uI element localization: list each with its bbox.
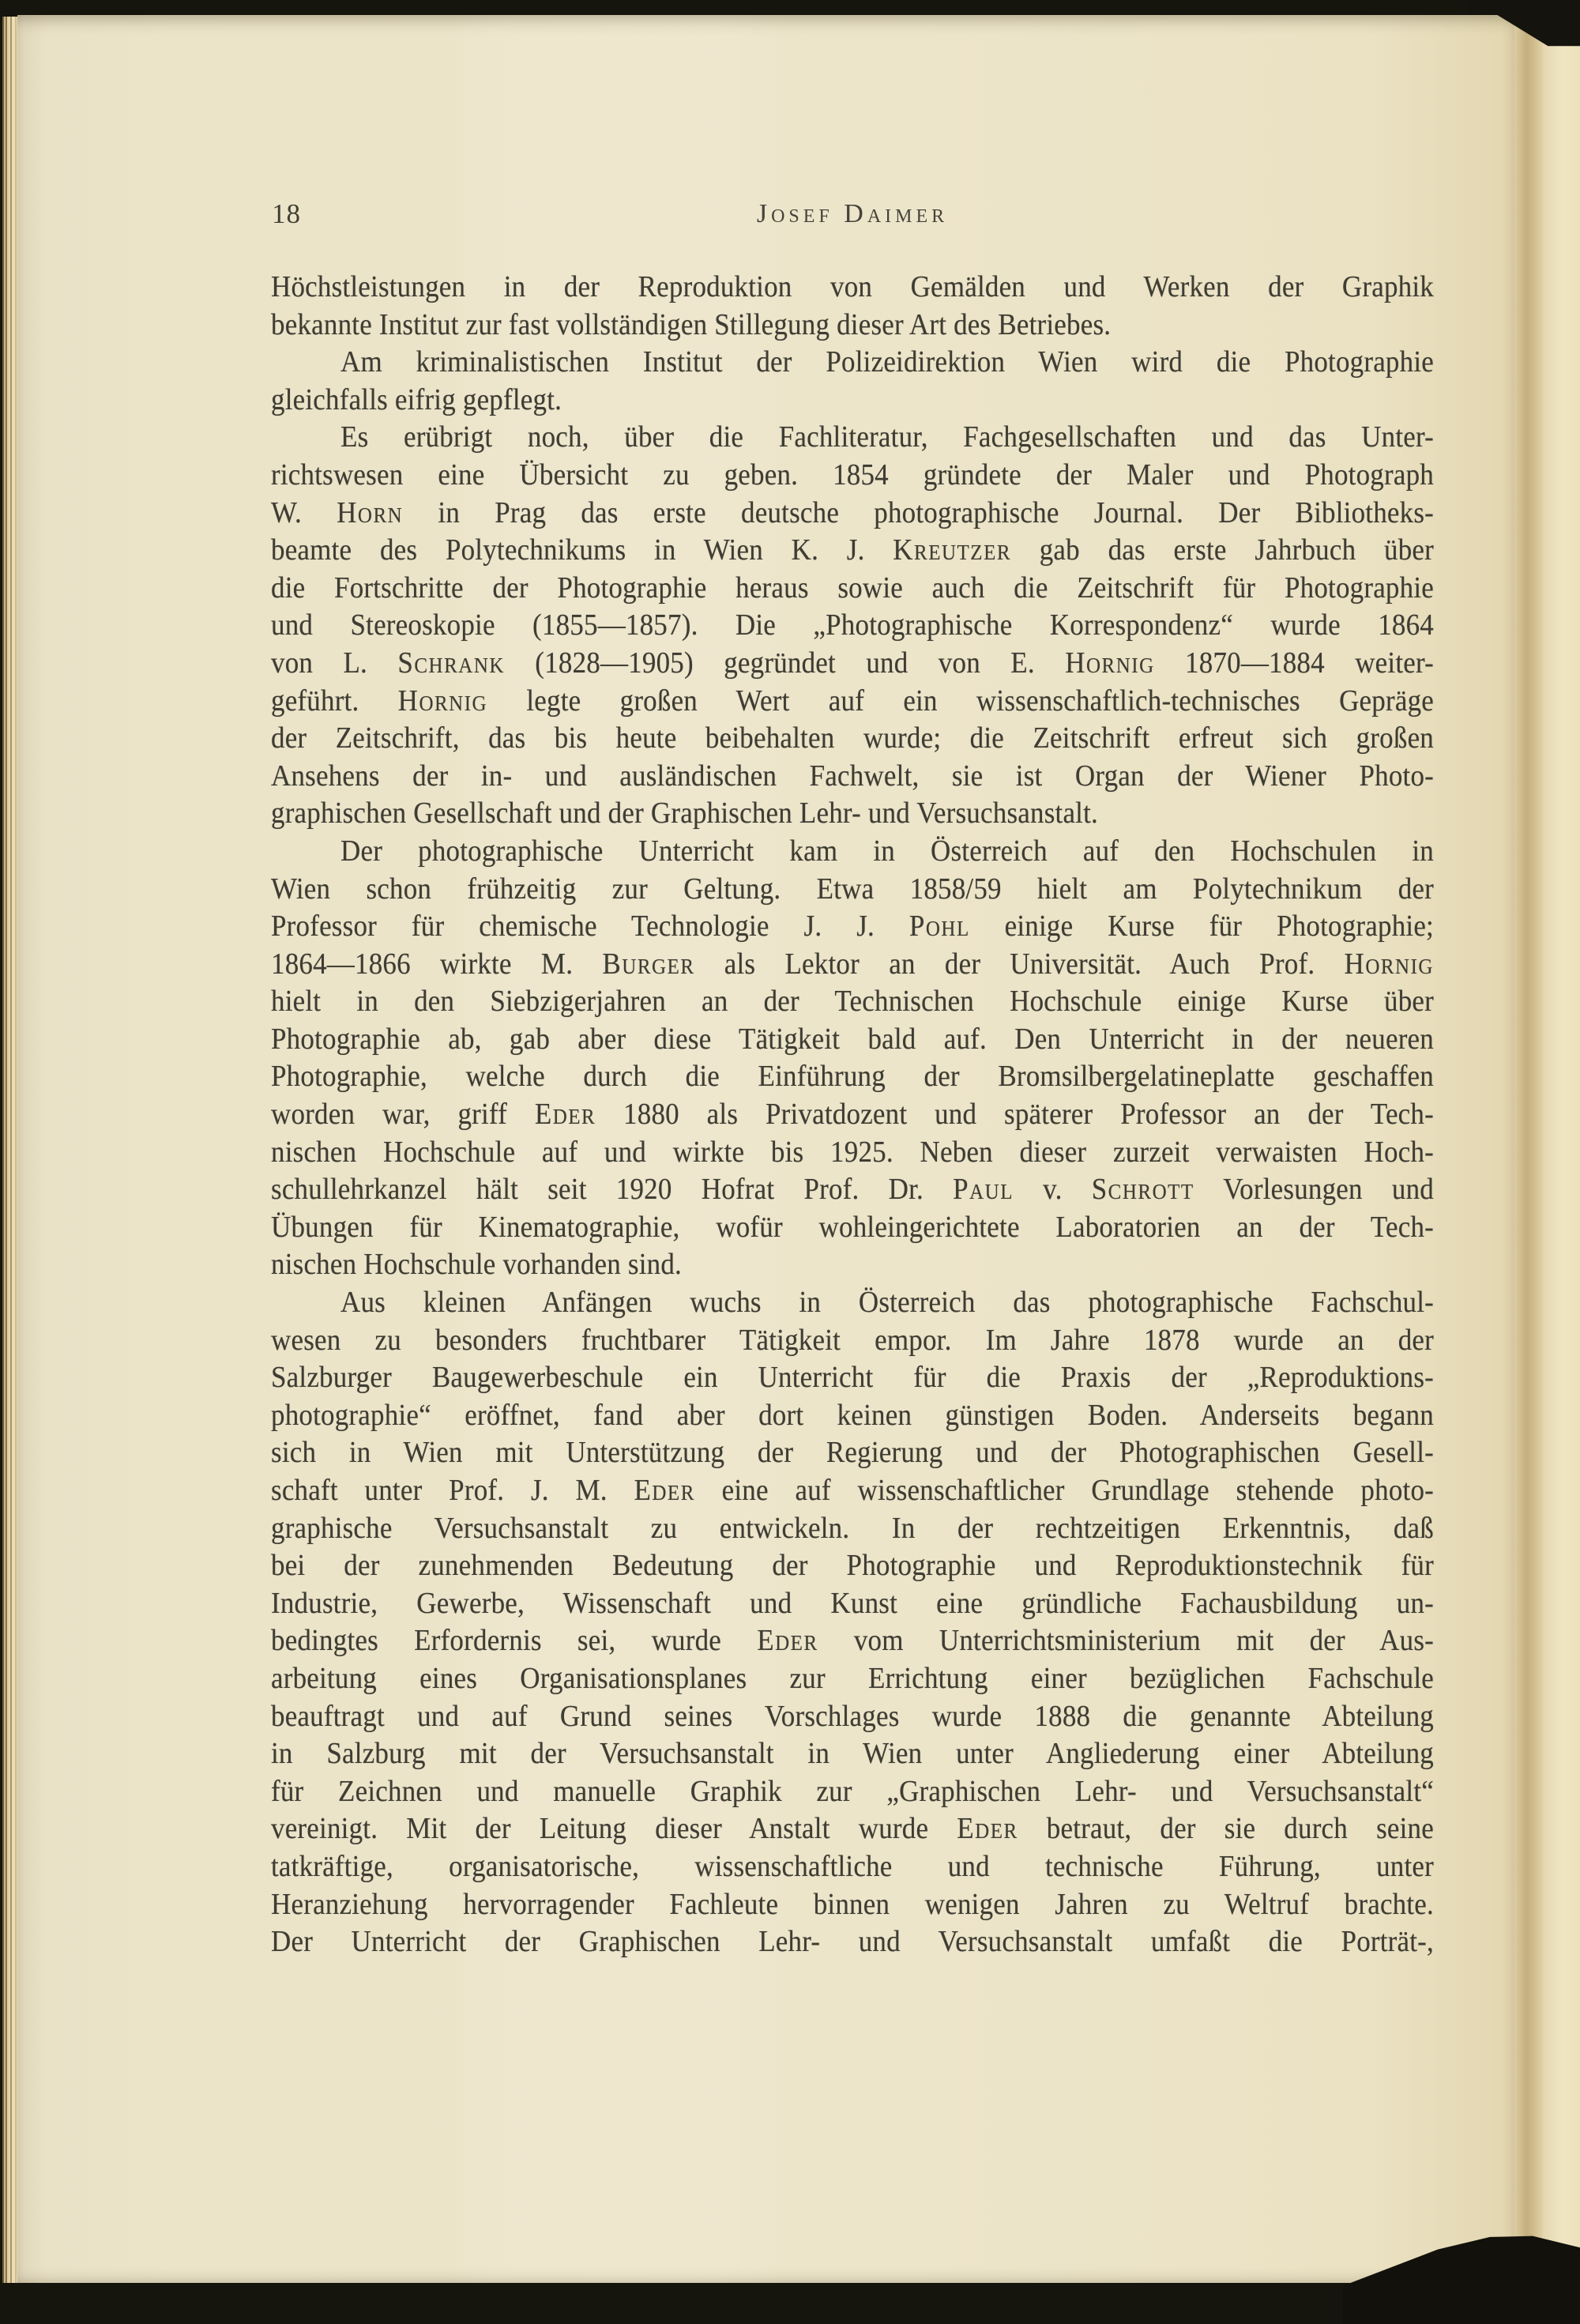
text-line: Es erübrigt noch, über die Fachliteratur… <box>271 416 1434 457</box>
text-line: Übungen für Kinematographie, wofür wohle… <box>271 1207 1434 1247</box>
text-line: bei der zunehmenden Bedeutung der Photog… <box>271 1545 1434 1585</box>
text-line: geführt. Hornig legte großen Wert auf ei… <box>271 680 1434 721</box>
text-line: photographie“ eröffnet, fand aber dort k… <box>271 1395 1434 1435</box>
text-line: für Zeichnen und manuelle Graphik zur „G… <box>271 1771 1434 1811</box>
text-line: nischen Hochschule vorhanden sind. <box>271 1245 1434 1285</box>
text-line: von L. Schrank (1828—1905) gegründet und… <box>271 642 1434 683</box>
scan-border-left <box>0 0 2 2324</box>
text-line: Heranziehung hervorragender Fachleute bi… <box>271 1884 1434 1924</box>
text-line: bekannte Institut zur fast vollständigen… <box>271 304 1434 345</box>
text-line: sich in Wien mit Unterstützung der Regie… <box>271 1433 1434 1473</box>
text-line: die Fortschritte der Photographie heraus… <box>271 567 1434 608</box>
text-line: nischen Hochschule auf und wirkte bis 19… <box>271 1132 1434 1172</box>
text-line: Höchstleistungen in der Reproduktion von… <box>271 266 1434 307</box>
text-line: Professor für chemische Technologie J. J… <box>271 906 1434 946</box>
text-line: schaft unter Prof. J. M. Eder eine auf w… <box>271 1470 1434 1510</box>
text-line: Industrie, Gewerbe, Wissenschaft und Kun… <box>271 1583 1434 1623</box>
text-line: graphischen Gesellschaft und der Graphis… <box>271 793 1434 833</box>
person-name-smallcaps: Schrank <box>397 646 505 679</box>
person-name-smallcaps: Eder <box>957 1812 1018 1845</box>
text-line: beauftragt und auf Grund seines Vorschla… <box>271 1696 1434 1736</box>
text-line: schullehrkanzel hält seit 1920 Hofrat Pr… <box>271 1169 1434 1209</box>
text-line: bedingtes Erfordernis sei, wurde Eder vo… <box>271 1620 1434 1660</box>
text-line: arbeitung eines Organisationsplanes zur … <box>271 1658 1434 1698</box>
person-name-smallcaps: Eder <box>634 1473 694 1506</box>
person-name-smallcaps: Schrott <box>1092 1173 1194 1206</box>
text-line: Photographie, welche durch die Einführun… <box>271 1057 1434 1097</box>
person-name-smallcaps: Eder <box>535 1097 596 1130</box>
running-header: Josef Daimer <box>271 199 1434 229</box>
text-line: W. Horn in Prag das erste deutsche photo… <box>271 492 1434 533</box>
page-edges-left <box>2 17 18 2286</box>
scanned-book-page: 18 Josef Daimer Höchstleistungen in der … <box>0 0 1580 2324</box>
text-line: Photographie ab, gab aber diese Tätigkei… <box>271 1019 1434 1059</box>
text-line: in Salzburg mit der Versuchsanstalt in W… <box>271 1733 1434 1773</box>
text-line: und Stereoskopie (1855—1857). Die „Photo… <box>271 605 1434 645</box>
text-line: beamte des Polytechnikums in Wien K. J. … <box>271 529 1434 570</box>
person-name-smallcaps: Horn <box>337 495 403 529</box>
text-line: Am kriminalistischen Institut der Polize… <box>271 341 1434 382</box>
person-name-smallcaps: Eder <box>757 1624 818 1657</box>
text-line: Wien schon frühzeitig zur Geltung. Etwa … <box>271 868 1434 909</box>
text-line: 1864—1866 wirkte M. Burger als Lektor an… <box>271 944 1434 984</box>
person-name-smallcaps: Pohl <box>909 910 970 943</box>
text-line: Der Unterricht der Graphischen Lehr- und… <box>271 1921 1434 1961</box>
person-name-smallcaps: Paul <box>953 1173 1014 1206</box>
text-line: Aus kleinen Anfängen wuchs in Österreich… <box>271 1282 1434 1322</box>
text-line: hielt in den Siebzigerjahren an der Tech… <box>271 981 1434 1021</box>
text-line: worden war, griff Eder 1880 als Privatdo… <box>271 1094 1434 1134</box>
text-line: der Zeitschrift, das bis heute beibehalt… <box>271 718 1434 758</box>
text-line: graphische Versuchsanstalt zu entwickeln… <box>271 1508 1434 1548</box>
text-line: Ansehens der in- und ausländischen Fachw… <box>271 755 1434 796</box>
gutter-crease <box>1514 15 1543 2264</box>
text-line: richtswesen eine Übersicht zu geben. 185… <box>271 454 1434 495</box>
body-text: Höchstleistungen in der Reproduktion von… <box>271 268 1434 1961</box>
scan-border-top <box>0 0 1580 15</box>
text-line: vereinigt. Mit der Leitung dieser Anstal… <box>271 1808 1434 1848</box>
person-name-smallcaps: Hornig <box>398 684 487 717</box>
person-name-smallcaps: Hornig <box>1345 947 1434 980</box>
text-line: Salzburger Baugewerbeschule ein Unterric… <box>271 1357 1434 1397</box>
text-line: tatkräftige, organisatorische, wissensch… <box>271 1846 1434 1886</box>
person-name-smallcaps: Burger <box>602 947 694 980</box>
next-page-edge <box>1543 32 1580 2254</box>
person-name-smallcaps: Kreutzer <box>893 533 1011 567</box>
text-line: Der photographische Unterricht kam in Ös… <box>271 831 1434 871</box>
text-line: gleichfalls eifrig gepflegt. <box>271 379 1434 420</box>
text-line: wesen zu besonders fruchtbarer Tätigkeit… <box>271 1320 1434 1360</box>
person-name-smallcaps: Hornig <box>1065 646 1154 679</box>
